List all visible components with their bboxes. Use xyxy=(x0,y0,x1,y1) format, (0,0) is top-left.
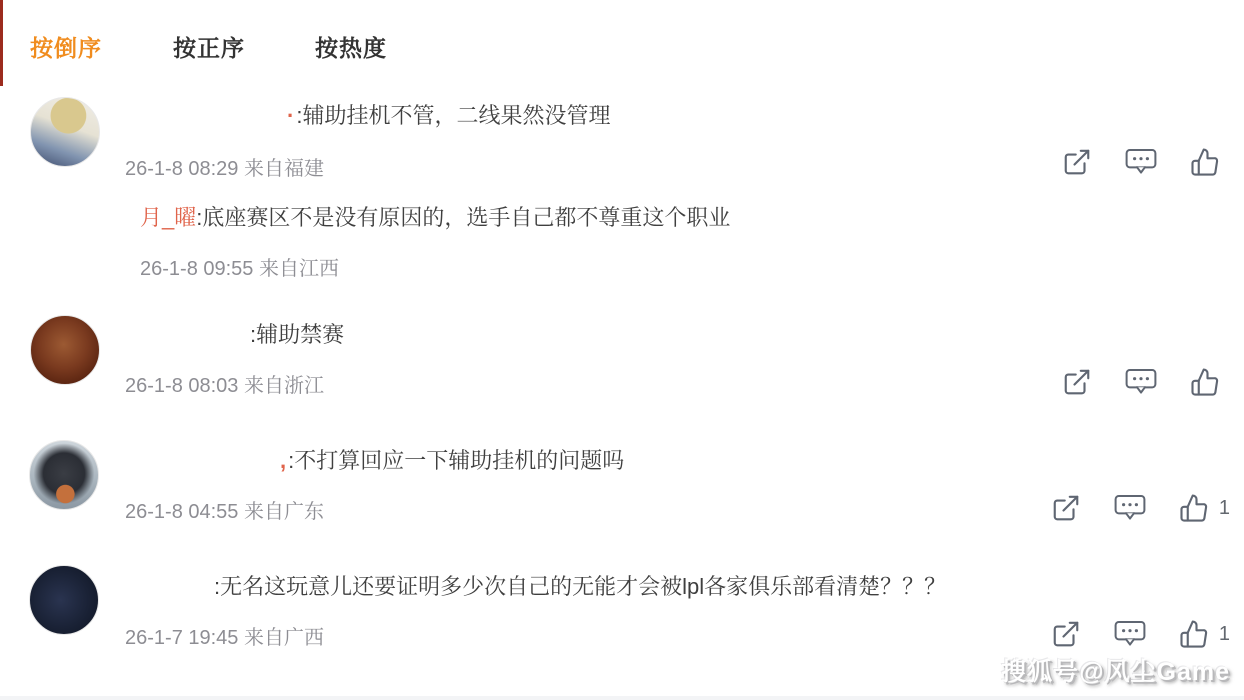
comment-time: 26-1-8 04:55 xyxy=(125,501,238,523)
comment-icon[interactable] xyxy=(1125,368,1157,396)
tab-sort-forward[interactable]: 按正序 xyxy=(173,30,245,63)
reply-username[interactable]: 月_曜 xyxy=(140,205,196,230)
avatar-anime-on-phone[interactable] xyxy=(30,97,100,167)
sohu-watermark: 搜狐号@风尘Game xyxy=(1001,652,1230,688)
comment-location: 来自福建 xyxy=(244,158,324,180)
comment-meta: 26-1-8 04:55 来自广东 xyxy=(125,495,324,524)
comment-meta: 26-1-8 08:03 来自浙江 xyxy=(125,369,324,398)
reply-location: 来自江西 xyxy=(259,258,339,280)
comment-meta: 26-1-7 19:45 来自广西 xyxy=(125,621,324,650)
bottom-divider xyxy=(0,696,1244,700)
comment-actions xyxy=(1062,367,1230,397)
avatar-dark-night-scene[interactable] xyxy=(29,565,99,635)
comment-time: 26-1-7 19:45 xyxy=(125,627,238,649)
thumbs-up-icon[interactable] xyxy=(1190,147,1230,177)
comment-location: 来自广西 xyxy=(244,627,324,649)
comment-actions: 1 xyxy=(1051,493,1230,523)
left-edge-red-strip xyxy=(0,0,3,86)
comment-icon[interactable] xyxy=(1125,148,1157,176)
comment-location: 来自广东 xyxy=(244,501,324,523)
comment-text: :辅助禁赛 xyxy=(248,320,344,350)
reply-time: 26-1-8 09:55 xyxy=(140,258,253,280)
comment-section-page: 按倒序 按正序 按热度 ·:辅助挂机不管，二线果然没管理 26-1-8 08:2… xyxy=(0,0,1244,700)
thumbs-up-icon[interactable] xyxy=(1190,367,1230,397)
comment-meta: 26-1-8 08:29 来自福建 xyxy=(125,152,324,181)
comment-time: 26-1-8 08:03 xyxy=(125,375,238,397)
share-icon[interactable] xyxy=(1051,493,1081,523)
erased-username-remnant: · xyxy=(287,103,294,128)
thumbs-up-icon[interactable]: 1 xyxy=(1179,619,1230,649)
comment-text: ·:辅助挂机不管，二线果然没管理 xyxy=(287,101,610,131)
share-icon[interactable] xyxy=(1051,619,1081,649)
reply-text: 月_曜:底座赛区不是没有原因的，选手自己都不尊重这个职业 xyxy=(140,203,730,233)
avatar-dark-red-portrait[interactable] xyxy=(30,315,100,385)
avatar-person-with-basketball[interactable] xyxy=(29,440,99,510)
comment-location: 来自浙江 xyxy=(244,375,324,397)
comment-time: 26-1-8 08:29 xyxy=(125,158,238,180)
comment-icon[interactable] xyxy=(1114,620,1146,648)
comment-actions: 1 xyxy=(1051,619,1230,649)
reply-meta: 26-1-8 09:55 来自江西 xyxy=(140,252,339,281)
like-count: 1 xyxy=(1219,623,1230,646)
comment-text: ,:不打算回应一下辅助挂机的问题吗 xyxy=(280,446,624,476)
tab-sort-reverse[interactable]: 按倒序 xyxy=(30,30,102,63)
comment-text: :无名这玩意儿还要证明多少次自己的无能才会被lpl各家俱乐部看清楚？？？ xyxy=(212,572,946,602)
share-icon[interactable] xyxy=(1062,147,1092,177)
tab-sort-hot[interactable]: 按热度 xyxy=(315,30,387,63)
comment-icon[interactable] xyxy=(1114,494,1146,522)
share-icon[interactable] xyxy=(1062,367,1092,397)
comment-actions xyxy=(1062,147,1230,177)
like-count: 1 xyxy=(1219,497,1230,520)
thumbs-up-icon[interactable]: 1 xyxy=(1179,493,1230,523)
erased-username-remnant: , xyxy=(280,448,286,473)
